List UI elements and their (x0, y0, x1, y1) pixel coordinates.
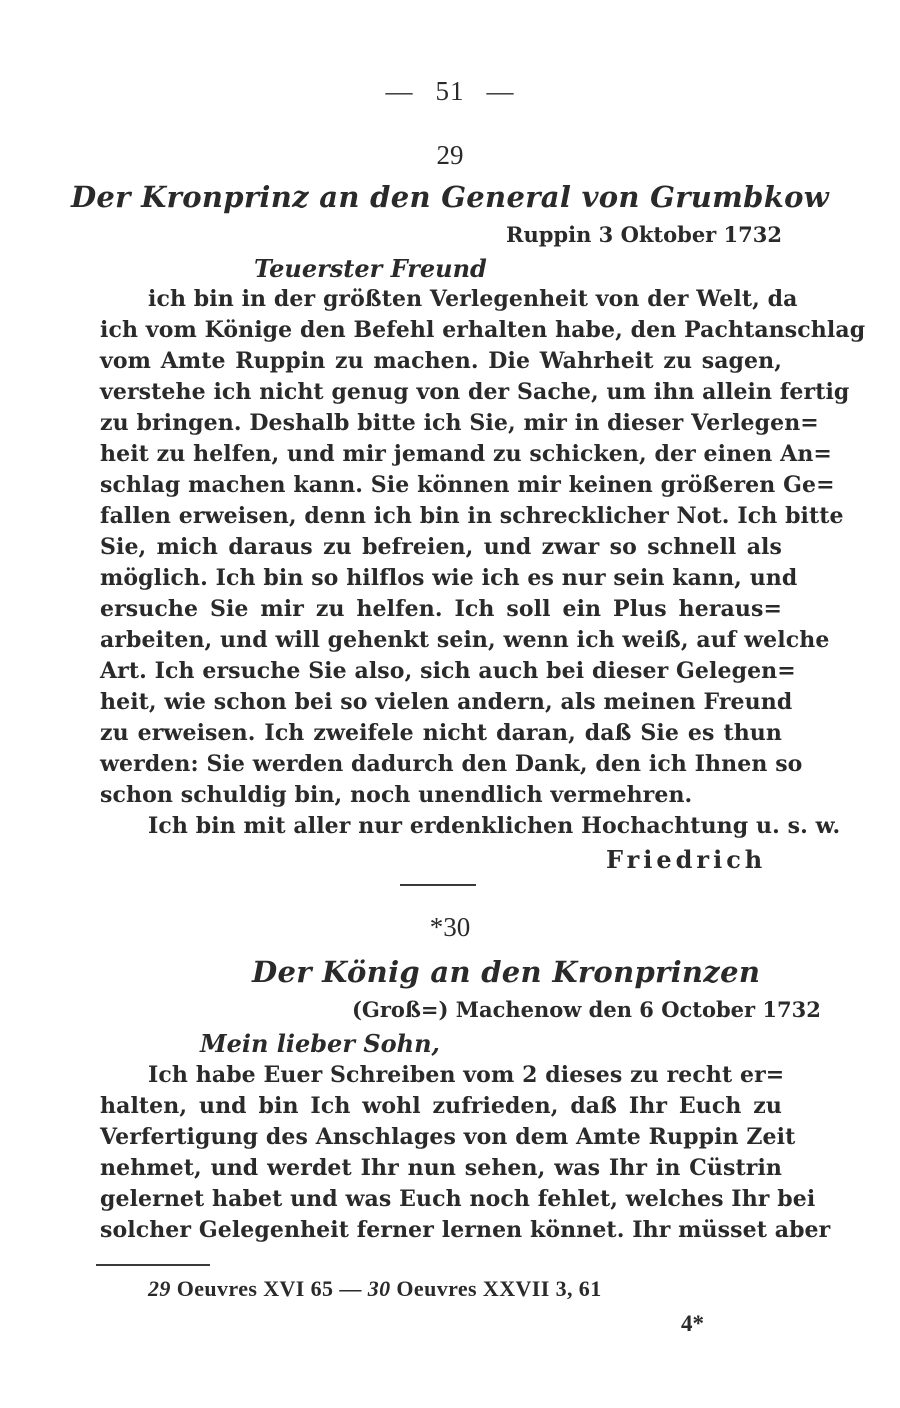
letter-body-line: heit, wie schon bei so vielen andern, al… (100, 689, 782, 715)
letter-closing: Ich bin mit aller nur erdenklichen Hocha… (148, 813, 782, 839)
letter-body-line: heit zu helfen, und mir jemand zu schick… (100, 441, 782, 467)
footnote-ref-29-text: Oeuvres XVI 65 (177, 1276, 334, 1301)
letter-salutation: Teuerster Freund (254, 254, 487, 283)
footnotes: 29 Oeuvres XVI 65 — 30 Oeuvres XXVII 3, … (148, 1276, 602, 1302)
letter-heading: Der Kronprinz an den General von Grumbko… (0, 180, 900, 214)
letter-dateline: Ruppin 3 Oktober 1732 (506, 222, 782, 247)
letter-body-line: solcher Gelegenheit ferner lernen könnet… (100, 1217, 782, 1243)
letter-body-line: Verfertigung des Anschlages von dem Amte… (100, 1124, 782, 1150)
document-page: —51— 29 Der Kronprinz an den General von… (0, 0, 900, 1408)
letter-signature: Friedrich (606, 845, 766, 874)
letter-separator-rule (400, 884, 476, 886)
letter-body-line: Art. Ich ersuche Sie also, sich auch bei… (100, 658, 782, 684)
footnote-ref-30-text: Oeuvres XXVII 3, 61 (396, 1276, 601, 1301)
footnote-separator: — (339, 1276, 361, 1301)
printer-signature-mark: 4* (681, 1311, 704, 1337)
letter-body-line: vom Amte Ruppin zu machen. Die Wahrheit … (100, 348, 782, 374)
letter-heading: Der König an den Kronprinzen (252, 955, 760, 989)
footnote-rule (96, 1264, 210, 1266)
page-number-dash-right: — (487, 76, 515, 107)
letter-number: *30 (0, 912, 900, 943)
page-number-value: 51 (436, 76, 465, 106)
letter-dateline: (Groß=) Machenow den 6 October 1732 (352, 997, 821, 1022)
letter-body-line: schlag machen kann. Sie können mir keine… (100, 472, 782, 498)
letter-body-line: ich vom Könige den Befehl erhalten habe,… (100, 317, 782, 343)
letter-body-line: zu erweisen. Ich zweifele nicht daran, d… (100, 720, 782, 746)
page-number: —51— (0, 76, 900, 107)
page-number-dash-left: — (386, 76, 414, 107)
letter-body-line: halten, und bin Ich wohl zufrieden, daß … (100, 1093, 782, 1119)
letter-body-line: ersuche Sie mir zu helfen. Ich soll ein … (100, 596, 782, 622)
letter-body-line: ich bin in der größten Verlegenheit von … (148, 286, 782, 312)
letter-body-line: Sie, mich daraus zu befreien, und zwar s… (100, 534, 782, 560)
letter-number: 29 (0, 140, 900, 171)
letter-body-line: nehmet, und werdet Ihr nun sehen, was Ih… (100, 1155, 782, 1181)
letter-body-line: Ich habe Euer Schreiben vom 2 dieses zu … (148, 1062, 782, 1088)
footnote-ref-30-number: 30 (368, 1276, 391, 1301)
letter-body-line: gelernet habet und was Euch noch fehlet,… (100, 1186, 782, 1212)
letter-body-line: verstehe ich nicht genug von der Sache, … (100, 379, 782, 405)
letter-body-line: fallen erweisen, denn ich bin in schreck… (100, 503, 782, 529)
footnote-ref-29-number: 29 (148, 1276, 171, 1301)
letter-body-line: werden: Sie werden dadurch den Dank, den… (100, 751, 782, 777)
letter-salutation: Mein lieber Sohn, (200, 1029, 440, 1058)
letter-body-line: arbeiten, und will gehenkt sein, wenn ic… (100, 627, 782, 653)
letter-body-line: schon schuldig bin, noch unendlich verme… (100, 782, 782, 808)
letter-body-line: möglich. Ich bin so hilflos wie ich es n… (100, 565, 782, 591)
letter-body-line: zu bringen. Deshalb bitte ich Sie, mir i… (100, 410, 782, 436)
